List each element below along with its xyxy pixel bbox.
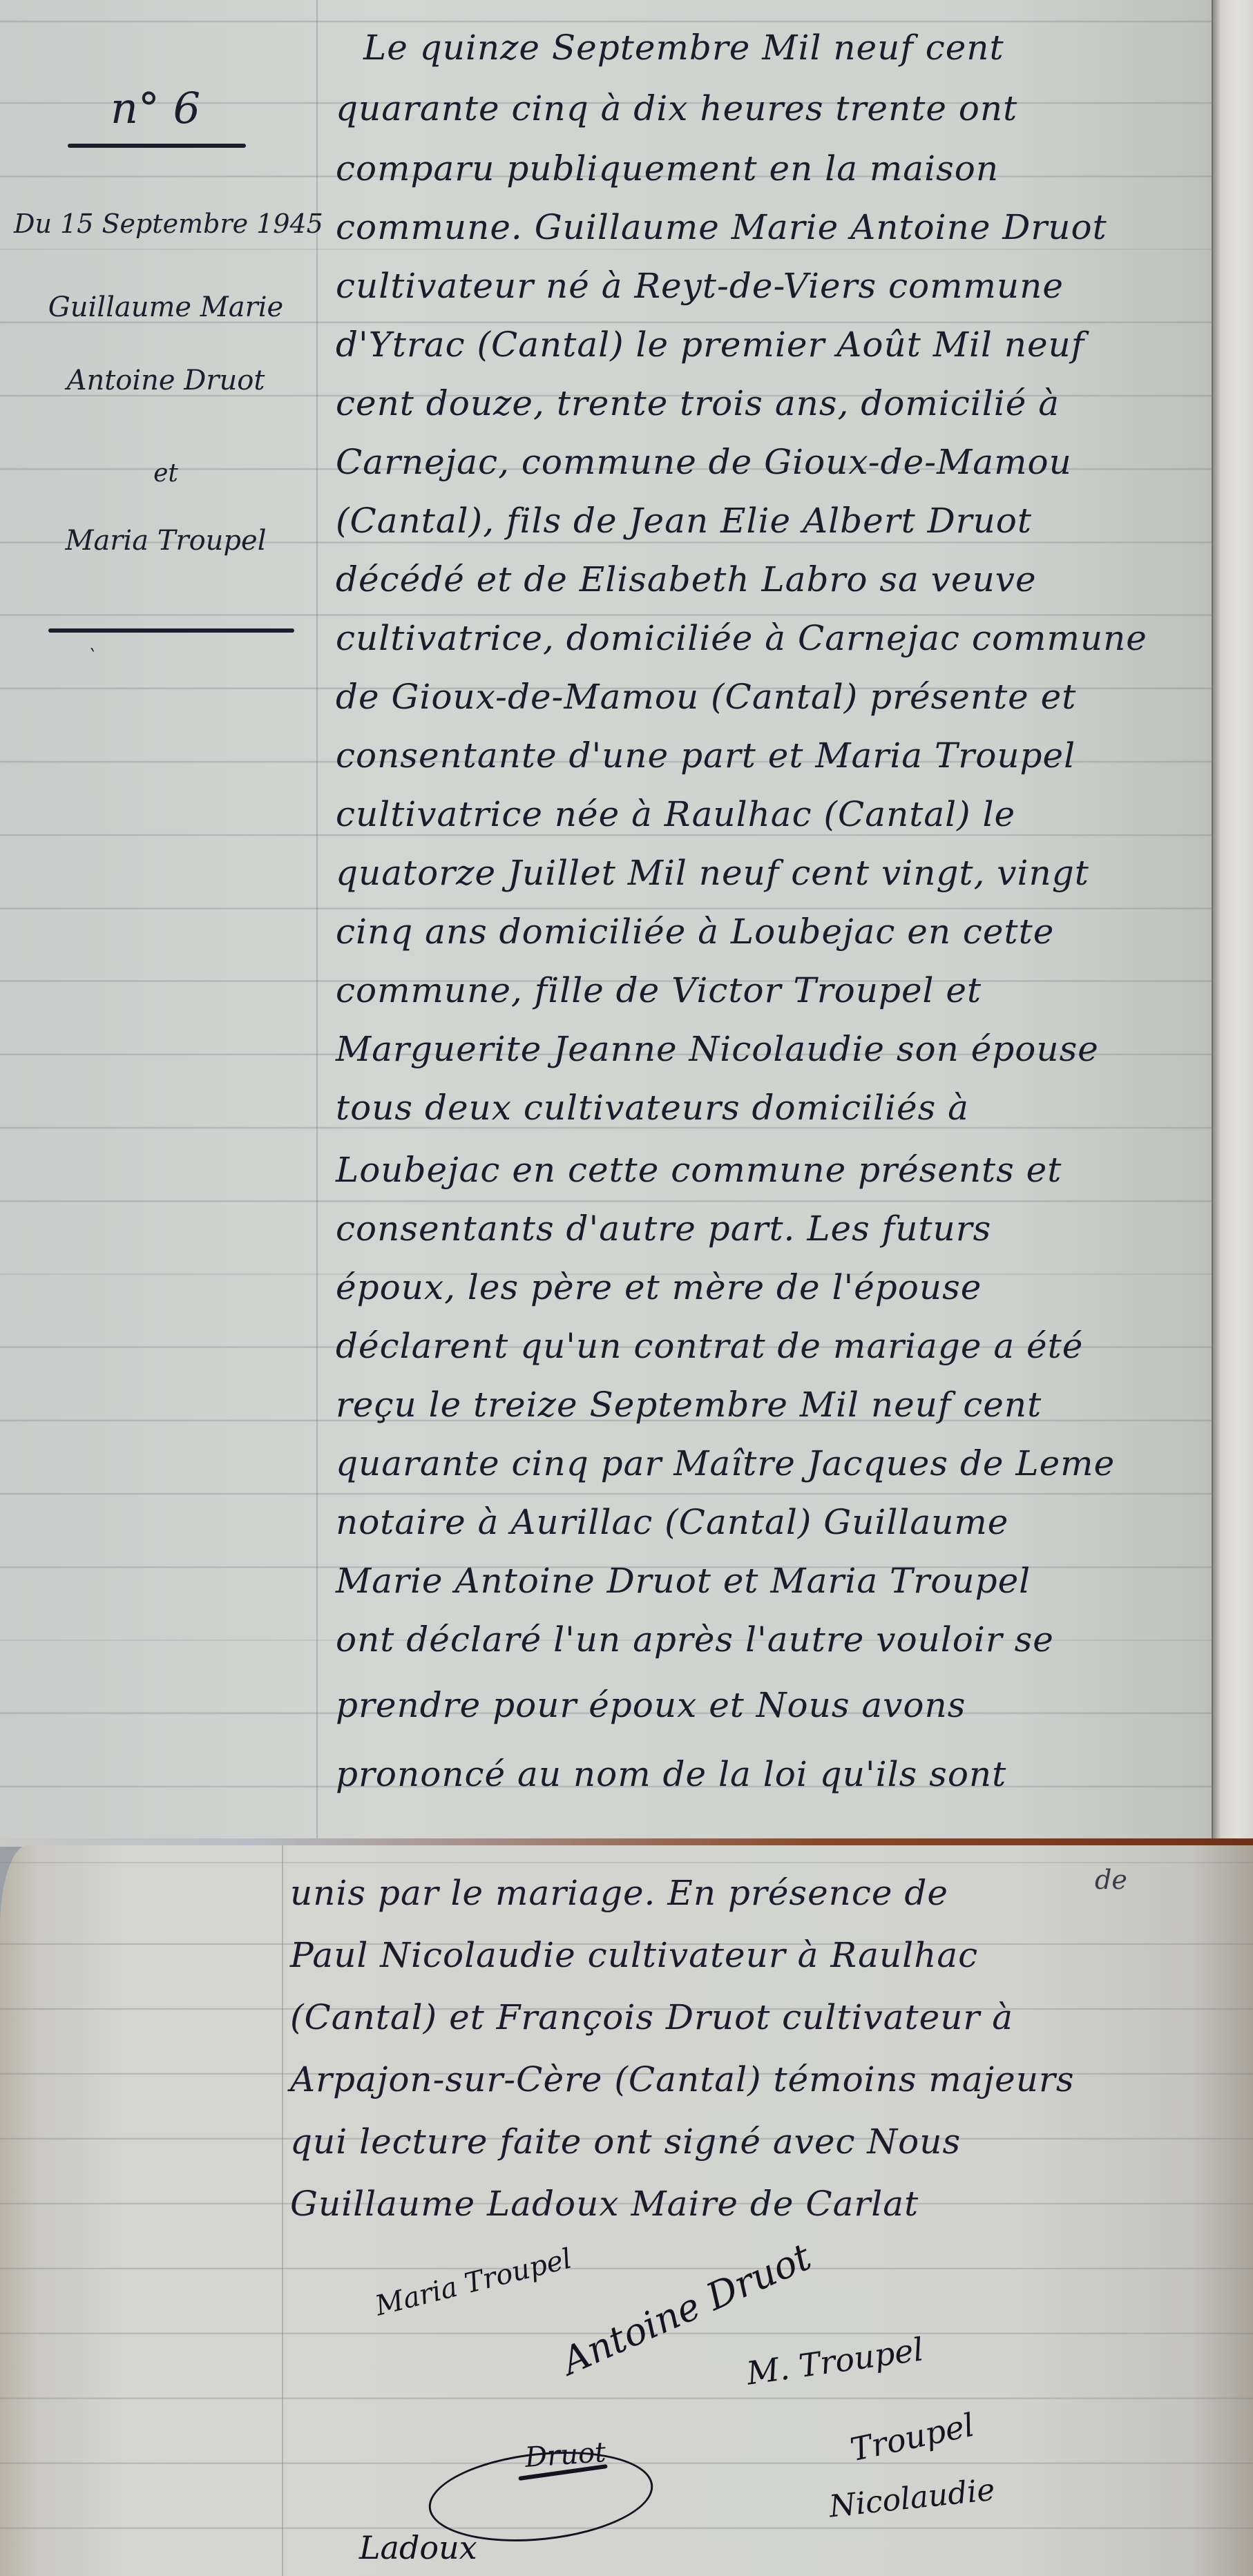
body-line: prendre pour époux et Nous avons <box>336 1685 966 1725</box>
body-line: de Gioux-de-Mamou (Cantal) présente et <box>336 677 1076 717</box>
register-page-lower: unis par le mariage. En présence de Paul… <box>0 1845 1253 2576</box>
body-line: Paul Nicolaudie cultivateur à Raulhac <box>290 1935 978 1975</box>
body-line: cultivatrice née à Raulhac (Cantal) le <box>336 794 1015 834</box>
body-line: Guillaume Ladoux Maire de Carlat <box>290 2184 919 2224</box>
body-line: cinq ans domiciliée à Loubejac en cette <box>336 912 1054 952</box>
body-line: décédé et de Elisabeth Labro sa veuve <box>336 559 1037 599</box>
signature-mayor: Ladoux <box>359 2529 477 2566</box>
register-page-upper: n° 6 Du 15 Septembre 1945 Guillaume Mari… <box>0 0 1253 1838</box>
body-line: consentante d'une part et Maria Troupel <box>336 736 1075 776</box>
body-line: quatorze Juillet Mil neuf cent vingt, vi… <box>336 853 1089 893</box>
margin-groom-name-2: Antoine Druot <box>14 365 318 396</box>
body-line: cent douze, trente trois ans, domicilié … <box>336 383 1060 423</box>
body-line: cultivateur né à Reyt-de-Viers commune <box>336 266 1064 306</box>
body-line: Marguerite Jeanne Nicolaudie son épouse <box>336 1029 1099 1069</box>
margin-tick-mark: ˋ <box>87 646 97 669</box>
body-line: cultivatrice, domiciliée à Carnejac comm… <box>336 618 1147 658</box>
body-line: unis par le mariage. En présence de <box>290 1873 948 1913</box>
body-line: Le quinze Septembre Mil neuf cent <box>363 28 1004 68</box>
body-line: consentants d'autre part. Les futurs <box>336 1209 991 1249</box>
body-line: déclarent qu'un contrat de mariage a été <box>336 1326 1083 1366</box>
margin-closing-rule <box>48 628 294 633</box>
margin-date: Du 15 Septembre 1945 <box>14 209 318 239</box>
margin-conjunction: et <box>14 459 318 488</box>
body-line: Loubejac en cette commune présents et <box>336 1150 1062 1190</box>
body-line: époux, les père et mère de l'épouse <box>336 1267 982 1307</box>
body-line: quarante cinq à dix heures trente ont <box>336 88 1017 128</box>
body-line: prononcé au nom de la loi qu'ils sont <box>336 1754 1006 1794</box>
act-number-underline <box>68 144 246 148</box>
body-line: d'Ytrac (Cantal) le premier Août Mil neu… <box>336 325 1084 365</box>
body-line: commune. Guillaume Marie Antoine Druot <box>336 207 1107 247</box>
body-line: commune, fille de Victor Troupel et <box>336 970 982 1010</box>
act-number: n° 6 <box>55 83 256 133</box>
margin-rule <box>316 0 318 1838</box>
body-line: comparu publiquement en la maison <box>336 148 999 189</box>
body-line: Carnejac, commune de Gioux-de-Mamou <box>336 442 1072 482</box>
body-line: Arpajon-sur-Cère (Cantal) témoins majeur… <box>290 2059 1075 2099</box>
body-line: reçu le treize Septembre Mil neuf cent <box>336 1385 1042 1425</box>
body-line: Marie Antoine Druot et Maria Troupel <box>336 1561 1031 1601</box>
margin-strike-annotation: de <box>1095 1865 1127 1895</box>
margin-rule <box>282 1845 283 2576</box>
body-line: (Cantal) et François Druot cultivateur à <box>290 1997 1013 2037</box>
margin-groom-name-1: Guillaume Marie <box>14 291 318 323</box>
body-line: qui lecture faite ont signé avec Nous <box>290 2122 961 2162</box>
margin-column: n° 6 Du 15 Septembre 1945 Guillaume Mari… <box>0 0 316 1838</box>
body-line: tous deux cultivateurs domiciliés à <box>336 1088 969 1128</box>
margin-bride-name: Maria Troupel <box>14 525 318 557</box>
next-page-edge <box>1212 0 1253 1838</box>
body-line: ont déclaré l'un après l'autre vouloir s… <box>336 1619 1054 1660</box>
body-line: notaire à Aurillac (Cantal) Guillaume <box>336 1502 1008 1542</box>
body-line: (Cantal), fils de Jean Elie Albert Druot <box>336 501 1032 541</box>
body-line: quarante cinq par Maître Jacques de Leme <box>336 1443 1115 1483</box>
